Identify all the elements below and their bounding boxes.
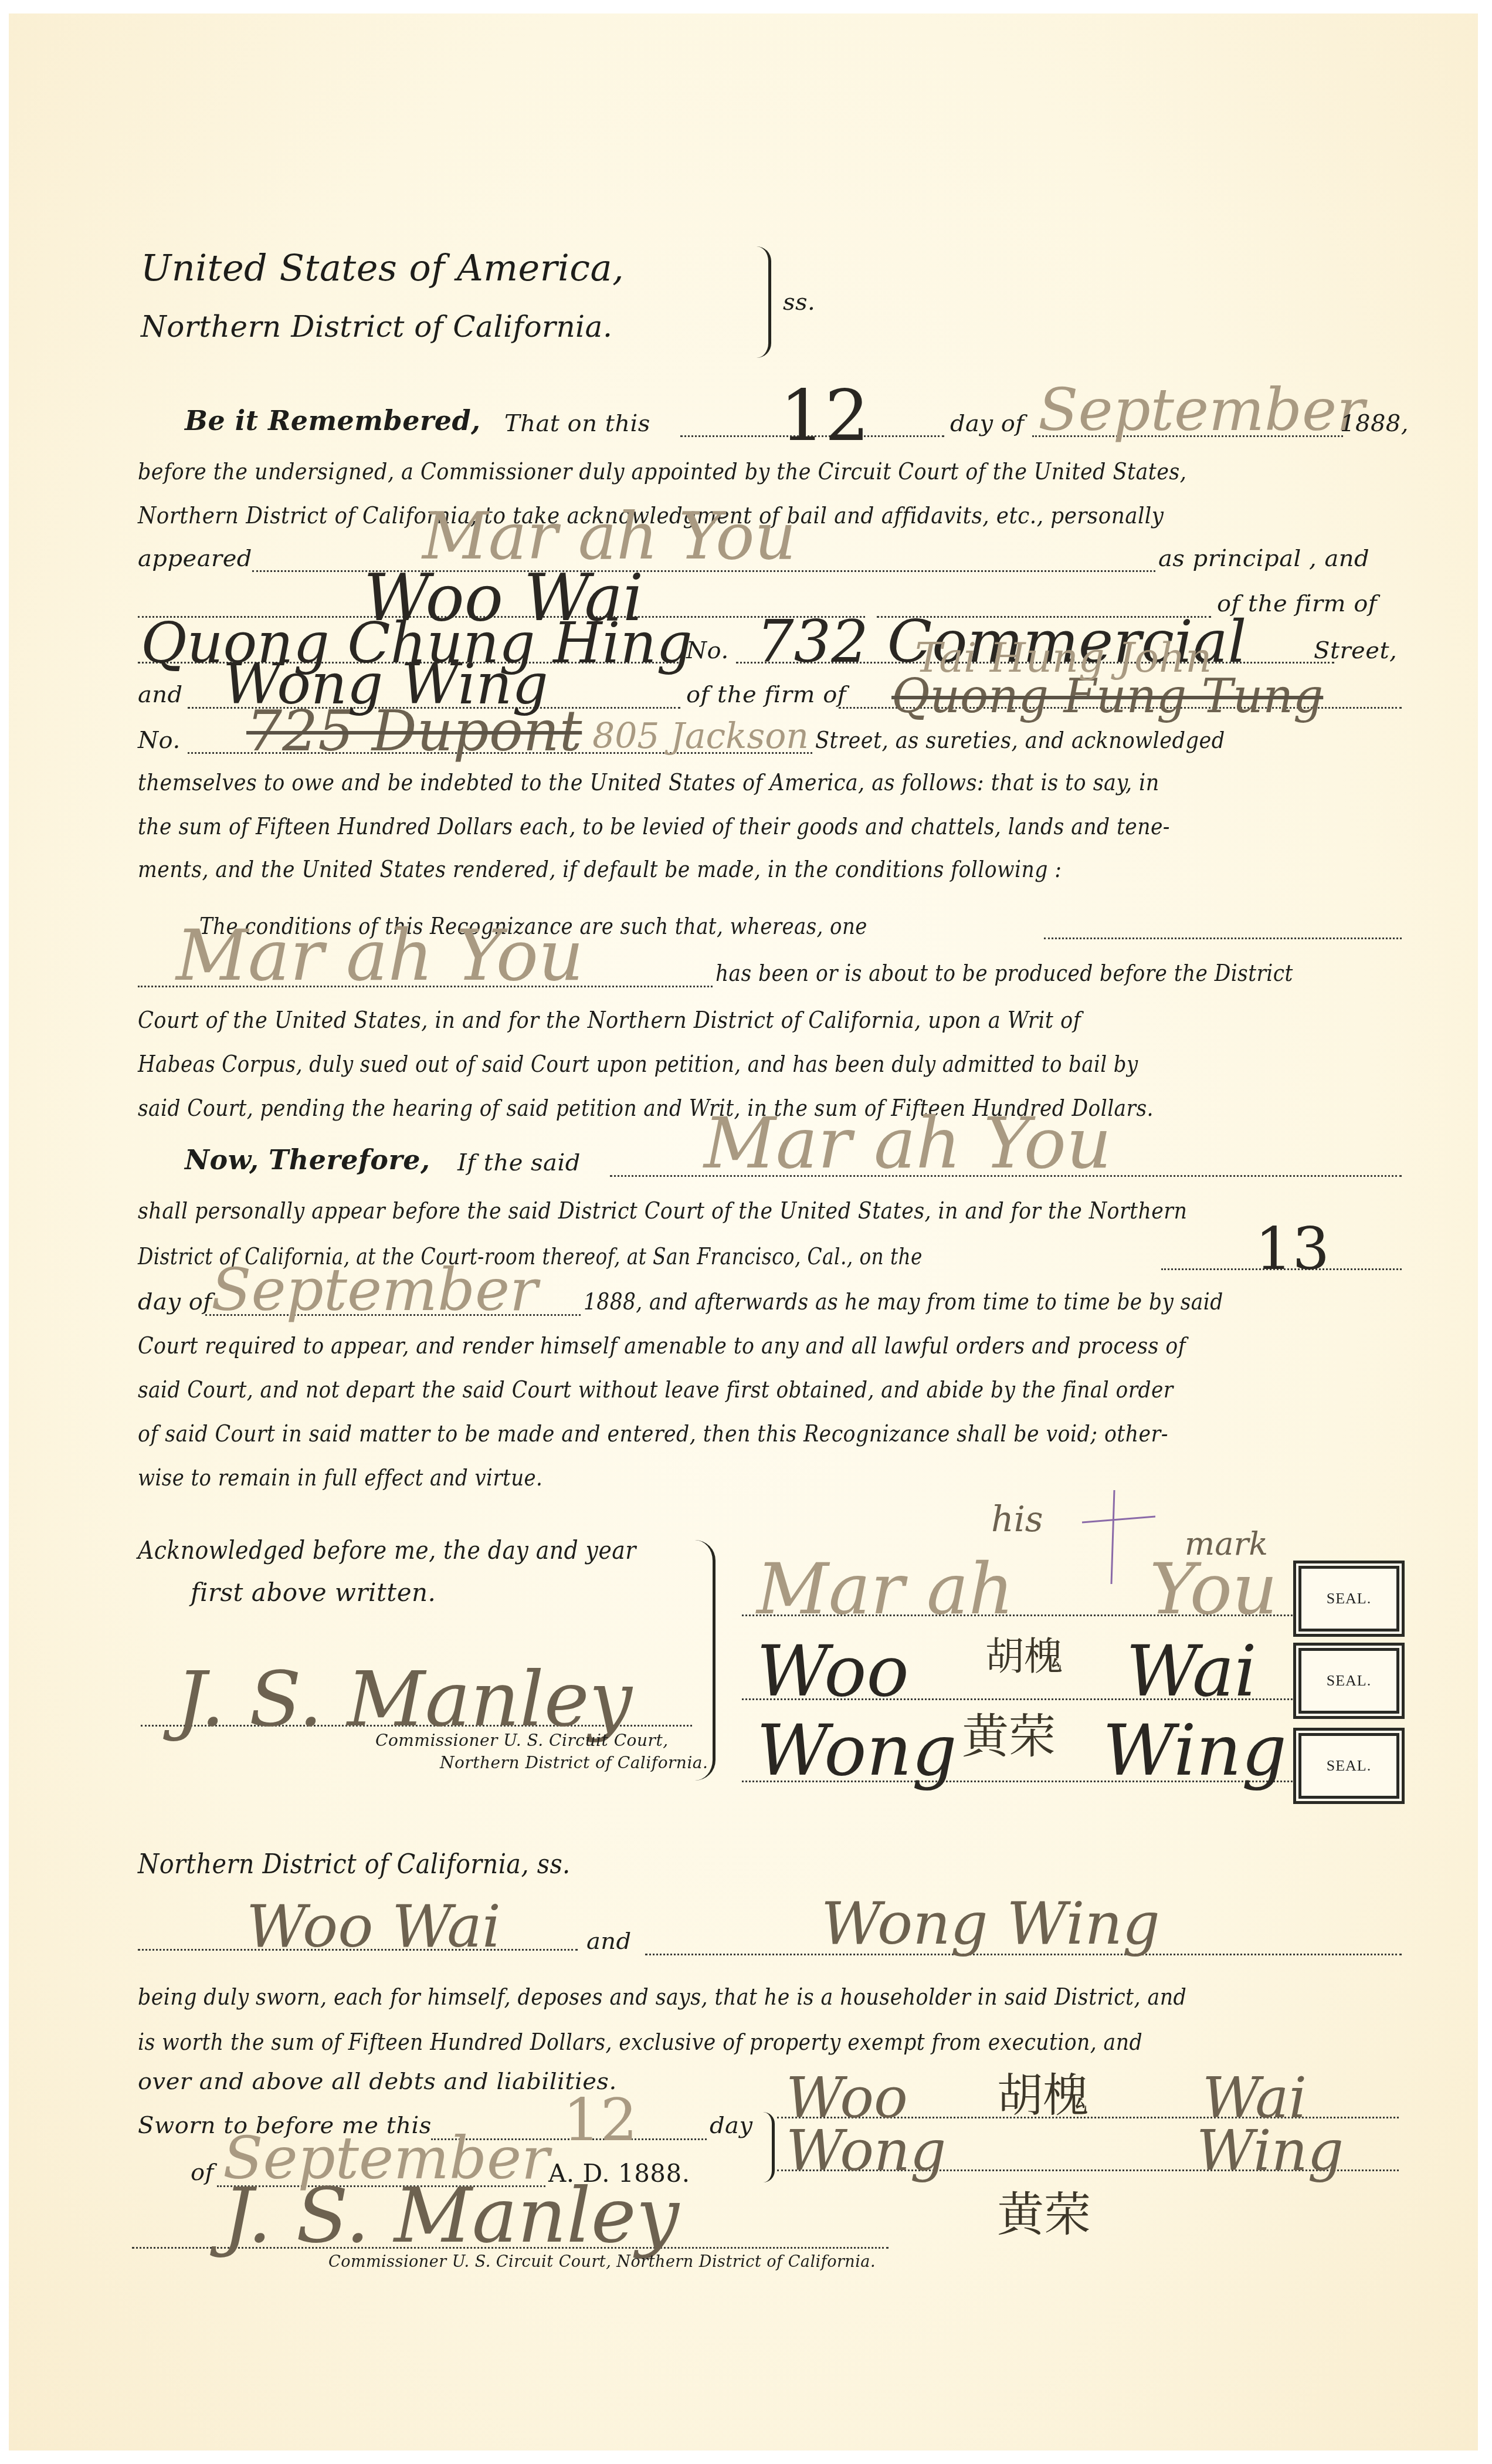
- affidavit-sig2-chinese: 黄荣: [997, 2177, 1091, 2244]
- affidavit-text: is worth the sum of Fifteen Hundred Doll…: [138, 2028, 1142, 2056]
- para3-text: shall personally appear before the said …: [138, 1197, 1187, 1225]
- para3-day-field[interactable]: 13: [1255, 1214, 1330, 1283]
- affidavit-sig1-chinese: 胡槐: [997, 2059, 1089, 2125]
- affidavit-sig2-right: Wing: [1196, 2118, 1344, 2184]
- surety2-signature-right: Wing: [1103, 1710, 1287, 1792]
- surety1-signature-right: Wai: [1126, 1631, 1257, 1712]
- month-field[interactable]: September: [1038, 375, 1365, 444]
- para3-lead: Now, Therefore,: [185, 1144, 430, 1176]
- his-label: his: [991, 1499, 1043, 1540]
- para3-text: of said Court in said matter to be made …: [138, 1420, 1168, 1448]
- para1-text: and: [138, 681, 183, 709]
- para1-text: themselves to owe and be indebted to the…: [138, 769, 1159, 797]
- affidavit-sig2-left: Wong: [786, 2118, 946, 2184]
- para1-year: 1888,: [1340, 409, 1409, 438]
- firm2-field[interactable]: Tai Hung John: [915, 634, 1212, 682]
- para1-text: day of: [950, 409, 1025, 438]
- para1-text: before the undersigned, a Commissioner d…: [138, 458, 1186, 486]
- para1-text: ments, and the United States rendered, i…: [138, 855, 1062, 884]
- affidavit-text: being duly sworn, each for himself, depo…: [138, 1983, 1186, 2011]
- affidavit-brace: [762, 2112, 775, 2182]
- surety2-signature-left: Wong: [757, 1710, 957, 1792]
- header-brace: [757, 246, 771, 358]
- ack-text: Acknowledged before me, the day and year: [138, 1536, 636, 1565]
- header-line-1: United States of America,: [141, 246, 624, 289]
- sworn-text: of: [191, 2159, 214, 2186]
- sworn-day-field[interactable]: 12: [563, 2086, 638, 2154]
- para3-text: 1888, and afterwards as he may from time…: [584, 1288, 1223, 1316]
- para1-text: No.: [138, 726, 181, 754]
- x-mark-icon: [1073, 1490, 1155, 1584]
- affidavit-text: over and above all debts and liabilities…: [138, 2068, 617, 2095]
- para1-text: the sum of Fifteen Hundred Dollars each,…: [138, 813, 1170, 841]
- surety2-chinese-signature: 黄荣: [962, 1698, 1056, 1766]
- para3-name-field[interactable]: Mar ah You: [704, 1103, 1111, 1184]
- header-line-2: Northern District of California.: [141, 310, 612, 344]
- para3-month-field[interactable]: September: [211, 1255, 538, 1324]
- day-field[interactable]: 12: [780, 375, 870, 457]
- affidavit-heading: Northern District of California, ss.: [138, 1848, 571, 1880]
- header-ss: ss.: [783, 289, 815, 316]
- principal-signature-left: Mar ah: [757, 1549, 1014, 1630]
- seal-box-2: SEAL.: [1293, 1643, 1405, 1719]
- surety1-signature-left: Woo: [757, 1631, 909, 1712]
- affidavit-surety2-field[interactable]: Wong Wing: [821, 1889, 1160, 1958]
- sworn-commissioner-signature: J. S. Manley: [223, 2171, 679, 2260]
- para2-text: Court of the United States, in and for t…: [138, 1006, 1081, 1034]
- seal-box-3: SEAL.: [1293, 1728, 1405, 1804]
- seal-label: SEAL.: [1327, 1757, 1372, 1775]
- para2-name-field[interactable]: Mar ah You: [176, 915, 584, 997]
- para1-text: appeared: [138, 544, 252, 573]
- para1-lead: Be it Remembered,: [185, 405, 481, 436]
- para3-text: Court required to appear, and render him…: [138, 1332, 1186, 1360]
- seal-label: SEAL.: [1327, 1672, 1372, 1690]
- para1-text: Street, as sureties, and acknowledged: [815, 726, 1225, 754]
- address2-field[interactable]: 805 Jackson: [592, 716, 809, 757]
- ack-caption: Commissioner U. S. Circuit Court,: [375, 1731, 669, 1750]
- sworn-caption: Commissioner U. S. Circuit Court, Northe…: [328, 2253, 876, 2271]
- affidavit-surety1-field[interactable]: Woo Wai: [246, 1892, 501, 1961]
- para1-text: Street,: [1314, 637, 1397, 665]
- para3-text: wise to remain in full effect and virtue…: [138, 1464, 542, 1492]
- para3-text: day of: [138, 1288, 212, 1316]
- seal-label: SEAL.: [1327, 1590, 1372, 1607]
- para1-text: No.: [686, 637, 729, 665]
- address2-struck-field: 725 Dupont: [246, 698, 582, 764]
- principal-signature-right: You: [1149, 1549, 1277, 1630]
- seal-box-1: SEAL.: [1293, 1561, 1405, 1637]
- para1-text: of the firm of: [686, 681, 846, 709]
- sworn-text: day: [710, 2112, 753, 2139]
- para2-text: has been or is about to be produced befo…: [716, 959, 1293, 987]
- para2-blank-line: [1044, 937, 1402, 939]
- para1-text: That on this: [504, 409, 650, 438]
- para3-text: said Court, and not depart the said Cour…: [138, 1376, 1174, 1404]
- ack-brace: [695, 1540, 716, 1781]
- para3-text: If the said: [457, 1149, 581, 1177]
- para1-text: as principal , and: [1158, 544, 1369, 573]
- ack-text: first above written.: [191, 1578, 436, 1607]
- para2-text: Habeas Corpus, duly sued out of said Cou…: [138, 1050, 1138, 1078]
- surety1-chinese-signature: 胡槐: [985, 1625, 1063, 1681]
- affidavit-and: and: [586, 1927, 632, 1955]
- ack-caption: Northern District of California.: [440, 1753, 708, 1772]
